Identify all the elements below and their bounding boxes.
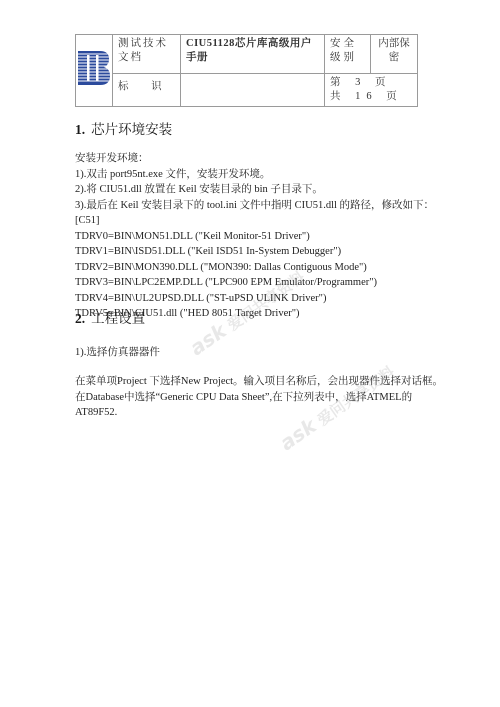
config-section-header: [C51]	[75, 213, 434, 229]
text-line: 2).将 CIU51.dll 放置在 Keil 安装目录的 bin 子目录下。	[75, 182, 434, 198]
config-line: TDRV1=BIN\ISD51.DLL ("Keil ISD51 In-Syst…	[75, 244, 434, 260]
doc-title-cell: CIU51128芯片库高级用户手册	[181, 35, 325, 74]
config-line: TDRV4=BIN\UL2UPSD.DLL ("ST-uPSD ULINK Dr…	[75, 291, 434, 307]
section-1-content: 安装开发环境： 1).双击 port95nt.exe 文件，安装开发环境。 2)…	[75, 151, 434, 322]
doc-type-cell: 测试技术文档	[113, 35, 181, 74]
id-label-cell: 标 识	[113, 74, 181, 107]
section-2-title: 工程设置	[91, 311, 145, 326]
config-line: TDRV2=BIN\MON390.DLL ("MON390: Dallas Co…	[75, 260, 434, 276]
section-2-step: 1).选择仿真器器件	[75, 345, 160, 361]
security-value-cell: 内部保密	[371, 35, 418, 74]
text-line: 3).最后在 Keil 安装目录下的 tool.ini 文件中指明 CIU51.…	[75, 198, 434, 214]
text-line: 在Database中选择“Generic CPU Data Sheet”,在下拉…	[75, 390, 443, 406]
config-line: TDRV0=BIN\MON51.DLL ("Keil Monitor-51 Dr…	[75, 229, 434, 245]
document-header-table: 测试技术文档 CIU51128芯片库高级用户手册 安全级别 内部保密 标 识 第…	[75, 34, 418, 107]
text-line: AT89F52.	[75, 405, 443, 421]
logo-cell	[76, 35, 113, 107]
id-value-cell	[181, 74, 325, 107]
section-2-number: 2.	[75, 311, 85, 326]
config-line: TDRV3=BIN\LPC2EMP.DLL ("LPC900 EPM Emula…	[75, 275, 434, 291]
section-2-heading: 2.工程设置	[75, 307, 145, 327]
section-1-number: 1.	[75, 122, 85, 137]
text-line: 1).双击 port95nt.exe 文件，安装开发环境。	[75, 167, 434, 183]
section-1-title: 芯片环境安装	[91, 122, 172, 137]
watermark-brand: ask	[185, 318, 230, 360]
company-logo-icon	[78, 51, 110, 85]
text-line: 在菜单项Project 下选择New Project。输入项目名称后，会出现器件…	[75, 374, 443, 390]
section-2-content: 在菜单项Project 下选择New Project。输入项目名称后，会出现器件…	[75, 374, 443, 421]
text-line: 安装开发环境：	[75, 151, 434, 167]
security-label-cell: 安全级别	[325, 35, 371, 74]
page-info-cell: 第 3 页 共 16 页	[325, 74, 418, 107]
section-1-heading: 1.芯片环境安装	[75, 118, 172, 138]
